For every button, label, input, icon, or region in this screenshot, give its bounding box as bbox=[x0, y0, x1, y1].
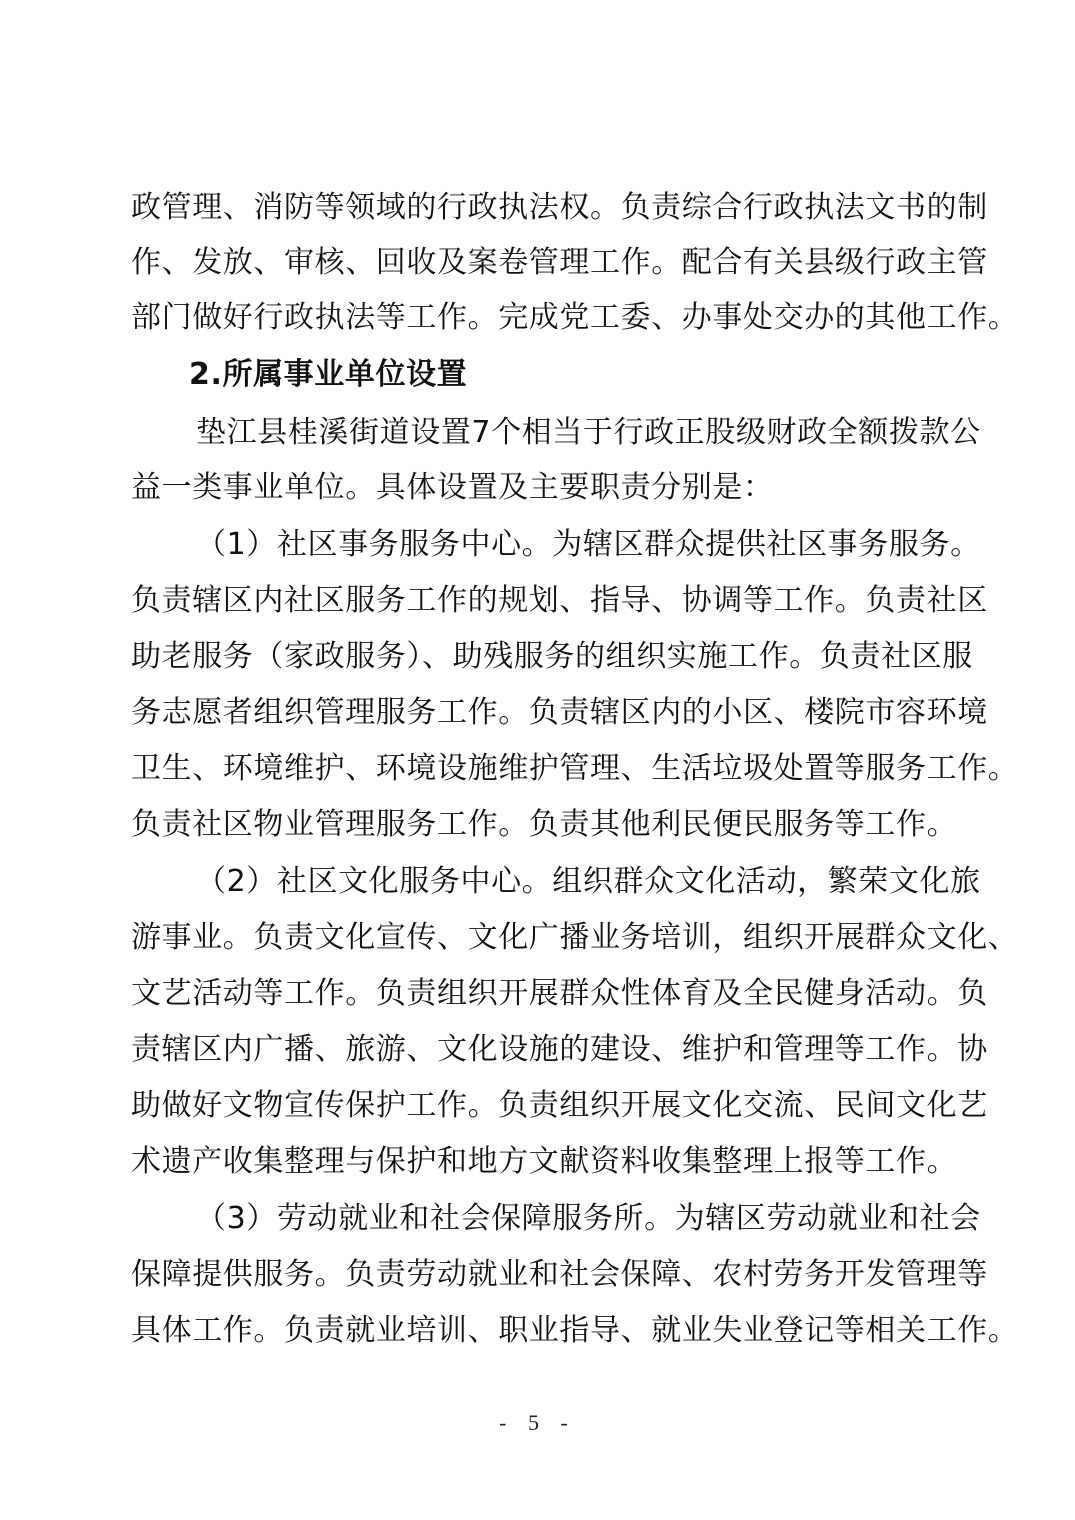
paragraph-line: 政管理、消防等领域的行政执法权。负责综合行政执法文书的制 bbox=[131, 188, 947, 228]
paragraph-line: 务志愿者组织管理服务工作。负责辖区内的小区、楼院市容环境 bbox=[131, 693, 947, 733]
paragraph-line: 益一类事业单位。具体设置及主要职责分别是： bbox=[131, 468, 947, 508]
paragraph-line: 部门做好行政执法等工作。完成党工委、办事处交办的其他工作。 bbox=[131, 298, 947, 338]
paragraph-line: 术遗产收集整理与保护和地方文献资料收集整理上报等工作。 bbox=[131, 1142, 947, 1182]
paragraph-line: 负责辖区内社区服务工作的规划、指导、协调等工作。负责社区 bbox=[131, 581, 947, 621]
paragraph-line: 责辖区内广播、旅游、文化设施的建设、维护和管理等工作。协 bbox=[131, 1030, 947, 1070]
document-page: 政管理、消防等领域的行政执法权。负责综合行政执法文书的制 作、发放、审核、回收及… bbox=[0, 0, 1075, 1520]
paragraph-line: 具体工作。负责就业培训、职业指导、就业失业登记等相关工作。 bbox=[131, 1311, 947, 1351]
section-heading: 2.所属事业单位设置 bbox=[189, 355, 589, 395]
paragraph-line: 作、发放、审核、回收及案卷管理工作。配合有关县级行政主管 bbox=[131, 243, 947, 283]
paragraph-line: 保障提供服务。负责劳动就业和社会保障、农村劳务开发管理等 bbox=[131, 1255, 947, 1295]
paragraph-line: （1）社区事务服务中心。为辖区群众提供社区事务服务。 bbox=[196, 525, 947, 565]
paragraph-line: （2）社区文化服务中心。组织群众文化活动，繁荣文化旅 bbox=[196, 862, 947, 902]
paragraph-line: 负责社区物业管理服务工作。负责其他利民便民服务等工作。 bbox=[131, 805, 947, 845]
paragraph-line: 垫江县桂溪街道设置7个相当于行政正股级财政全额拨款公 bbox=[196, 413, 947, 453]
paragraph-line: 助做好文物宣传保护工作。负责组织开展文化交流、民间文化艺 bbox=[131, 1086, 947, 1126]
paragraph-line: 游事业。负责文化宣传、文化广播业务培训，组织开展群众文化、 bbox=[131, 918, 947, 958]
paragraph-line: 助老服务（家政服务）、助残服务的组织实施工作。负责社区服 bbox=[131, 637, 947, 677]
paragraph-line: 卫生、环境维护、环境设施维护管理、生活垃圾处置等服务工作。 bbox=[131, 749, 947, 789]
page-number: - 5 - bbox=[0, 1410, 1075, 1436]
paragraph-line: 文艺活动等工作。负责组织开展群众性体育及全民健身活动。负 bbox=[131, 974, 947, 1014]
paragraph-line: （3）劳动就业和社会保障服务所。为辖区劳动就业和社会 bbox=[196, 1199, 947, 1239]
